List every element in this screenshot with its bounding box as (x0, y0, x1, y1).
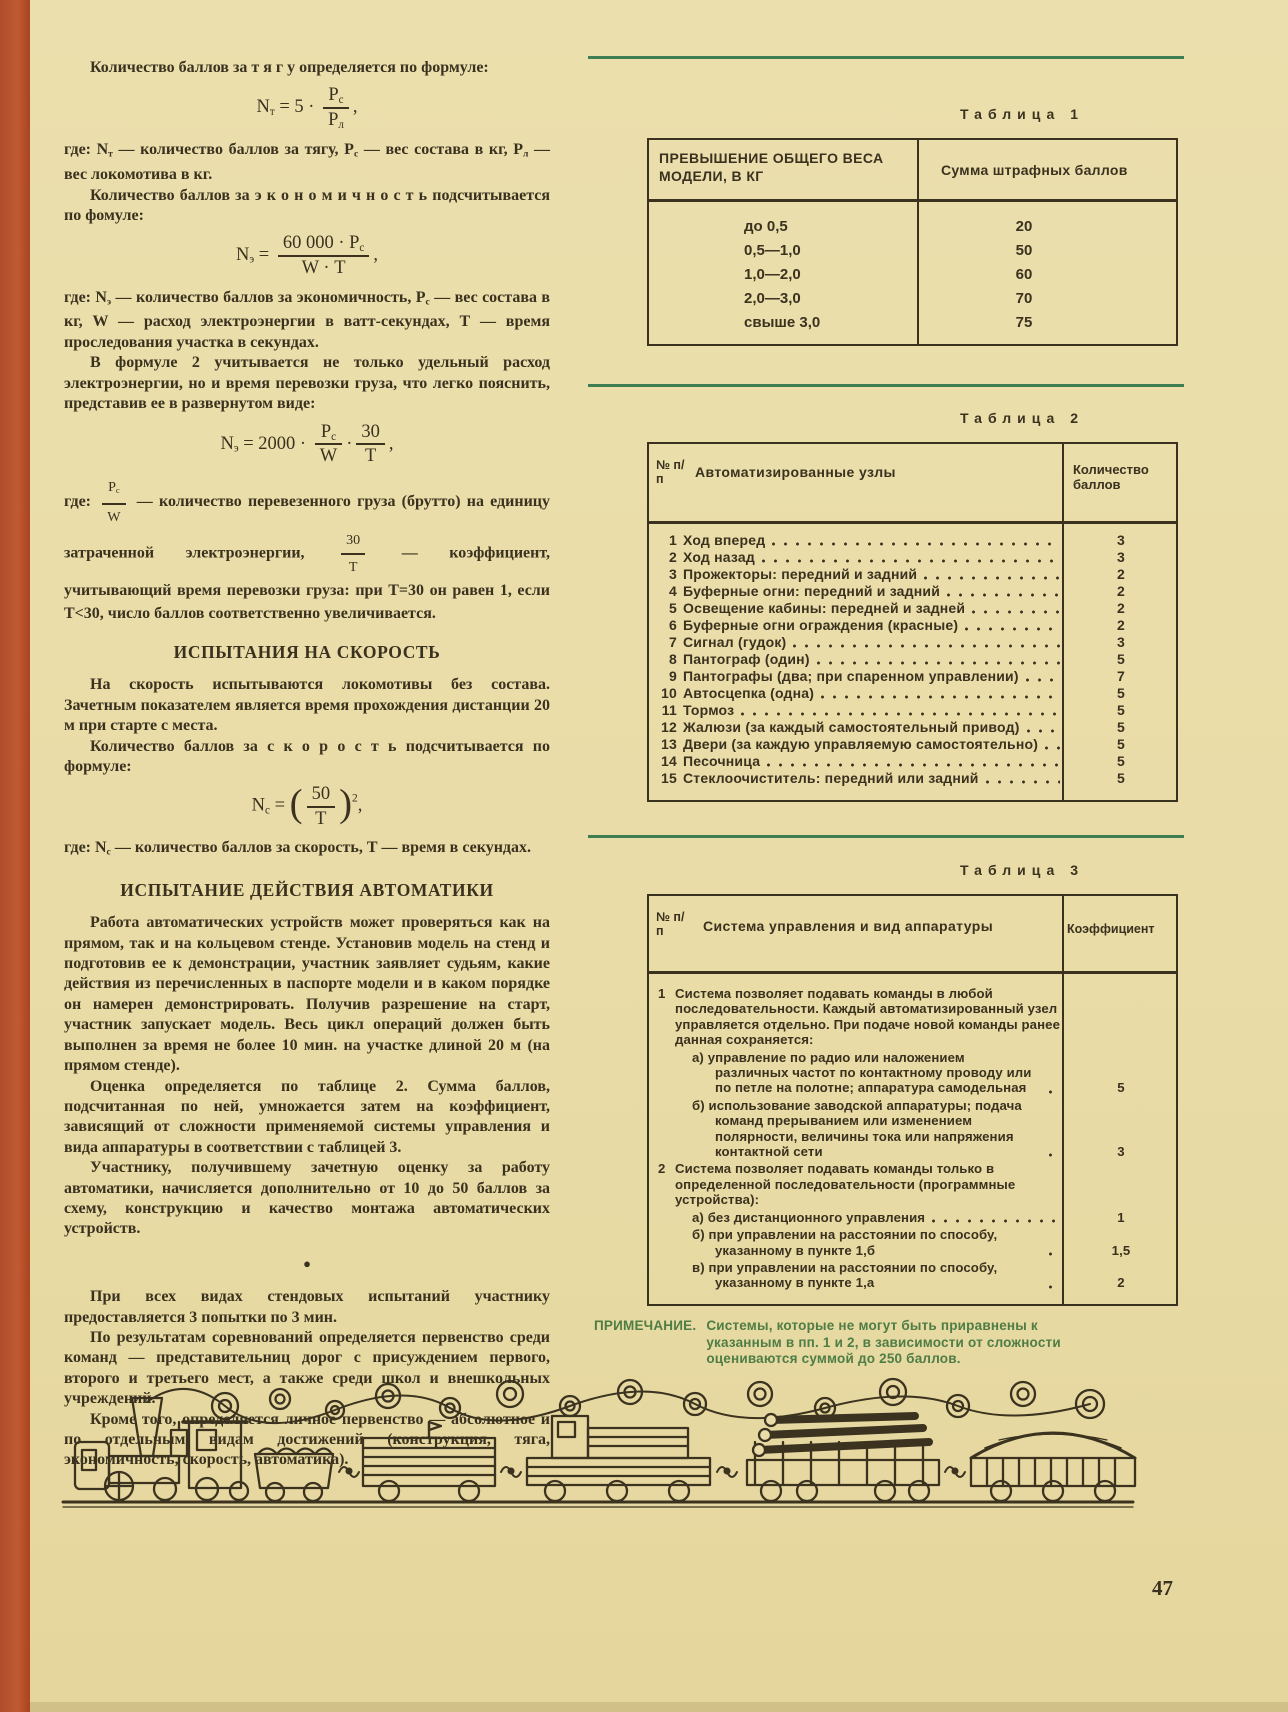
table-row: 1Ход вперед3 (649, 532, 1176, 548)
paragraph: где: Nт — количество баллов за тягу, Рс … (64, 140, 550, 185)
table-row: 8Пантограф (один)5 (649, 651, 1176, 667)
coupling (339, 1467, 359, 1477)
paragraph: где: Nэ — количество баллов за экономичн… (64, 288, 550, 354)
table-row: 13Двери (за каждую управляемую самостоят… (649, 736, 1176, 752)
column-header: Система управления и вид аппаратуры (685, 896, 1061, 971)
table-row: 0,5—1,050 (649, 242, 1176, 266)
dot-leader (816, 655, 1060, 666)
column-header: № п/п (649, 444, 685, 521)
divider-rule (588, 835, 1184, 838)
covered-wagon (971, 1433, 1135, 1501)
column-header: ПРЕВЫШЕНИЕ ОБЩЕГО ВЕСА МОДЕЛИ, В КГ (649, 140, 917, 199)
table-column-divider (1062, 444, 1064, 800)
table-row: а) без дистанционного управления1 (649, 1210, 1176, 1225)
paragraph: Количество баллов за т я г у определяетс… (64, 58, 550, 78)
table-row: 7Сигнал (гудок)3 (649, 634, 1176, 650)
boxcar (363, 1422, 495, 1501)
left-column: Количество баллов за т я г у определяетс… (64, 58, 550, 1471)
formula-speed: Nс = (50Т)2, (64, 784, 550, 829)
table-column-divider (917, 140, 919, 344)
column-header: Автоматизированные узлы (685, 444, 1061, 521)
page-edge-bar (0, 0, 30, 1712)
formula-economy-expanded: Nэ = 2000 · PсW·30Т, (64, 422, 550, 467)
paragraph: Количество баллов за с к о р о с т ь под… (64, 737, 550, 778)
table-row: 2,0—3,070 (649, 290, 1176, 314)
paragraph: При всех видах стендовых испытаний участ… (64, 1287, 550, 1328)
coupling (501, 1467, 521, 1477)
coupling (945, 1467, 965, 1477)
dot-leader (792, 638, 1060, 649)
section-heading-automation: ИСПЫТАНИЕ ДЕЙСТВИЯ АВТОМАТИКИ (64, 880, 550, 900)
column-header: Коэффициент (1061, 896, 1176, 971)
tender-car (255, 1449, 333, 1502)
table-row: 9Пантографы (два; при спаренном управлен… (649, 668, 1176, 684)
magazine-page: Количество баллов за т я г у определяетс… (0, 0, 1288, 1712)
table-note: ПРИМЕЧАНИЕ. Системы, которые не могут бы… (594, 1318, 1182, 1368)
table-body: 1Система позволяет подавать команды в лю… (649, 974, 1176, 1291)
dot-leader (1048, 1147, 1060, 1158)
page-number: 47 (1152, 1576, 1173, 1601)
dot-leader (761, 553, 1060, 564)
table-row: 5Освещение кабины: передней и задней2 (649, 600, 1176, 616)
column-header: Сумма штрафных баллов (917, 140, 1176, 199)
paragraph: где: Nс — количество баллов за скорость,… (64, 838, 550, 863)
paragraph: где: PсW — количество перевезенного груз… (64, 476, 550, 625)
table1-label: Таблица 1 (960, 106, 1084, 122)
table-body: 1Ход вперед3 2Ход назад3 3Прожекторы: пе… (649, 524, 1176, 786)
paragraph: Количество баллов за э к о н о м и ч н о… (64, 186, 550, 227)
table-row: 2Ход назад3 (649, 549, 1176, 565)
dot-leader (1025, 672, 1060, 683)
coupling (717, 1467, 737, 1477)
note-text: Системы, которые не могут быть приравнен… (706, 1318, 1078, 1368)
table-row: в) при управлении на расстоянии по спосо… (649, 1260, 1176, 1291)
dot-leader (771, 536, 1060, 547)
table-body: до 0,520 0,5—1,050 1,0—2,060 2,0—3,070 с… (649, 202, 1176, 338)
dot-leader (971, 604, 1060, 615)
dot-leader (766, 757, 1060, 768)
table-header: № п/п Система управления и вид аппаратур… (649, 896, 1176, 974)
column-header: Количество баллов (1061, 444, 1176, 521)
dot-leader (1048, 1279, 1060, 1290)
dot-leader (1044, 740, 1060, 751)
table-row: 14Песочница5 (649, 753, 1176, 769)
table-row: 3Прожекторы: передний и задний2 (649, 566, 1176, 582)
paragraph: Оценка определяется по таблице 2. Сумма … (64, 1077, 550, 1159)
table-row: 2Система позволяет подавать команды толь… (649, 1161, 1176, 1207)
table-row: 11Тормоз5 (649, 702, 1176, 718)
paragraph: В формуле 2 учитывается не только удельн… (64, 353, 550, 414)
dot-leader (985, 774, 1060, 785)
table-row: 4Буферные огни: передний и задний2 (649, 583, 1176, 599)
dot-leader (740, 706, 1060, 717)
table-row: б) использование заводской аппаратуры; п… (649, 1098, 1176, 1160)
table-row: а) управление по радио или наложением ра… (649, 1050, 1176, 1096)
page-bottom-shadow (30, 1702, 1288, 1712)
table2-label: Таблица 2 (960, 410, 1084, 426)
paragraph: Работа автоматических устройств может пр… (64, 913, 550, 1076)
train-illustration (55, 1372, 1140, 1510)
log-car (747, 1414, 939, 1501)
dot-leader (931, 1213, 1060, 1224)
dot-leader (1048, 1246, 1060, 1257)
smoke-doodle (147, 1379, 1104, 1423)
table-row: б) при управлении на расстоянии по спосо… (649, 1227, 1176, 1258)
table-row: 1Система позволяет подавать команды в лю… (649, 986, 1176, 1048)
note-label: ПРИМЕЧАНИЕ. (594, 1318, 696, 1368)
table-column-divider (1062, 896, 1064, 1304)
table-control-system: № п/п Система управления и вид аппаратур… (647, 894, 1178, 1306)
table-row: свыше 3,075 (649, 314, 1176, 338)
divider-rule (588, 384, 1184, 387)
flatcar-with-truck (527, 1416, 710, 1501)
table-row: до 0,520 (649, 218, 1176, 242)
table-row: 15Стеклоочиститель: передний или задний5 (649, 770, 1176, 786)
section-divider-ornament: ● (64, 1254, 550, 1274)
dot-leader (820, 689, 1060, 700)
formula-traction: Nт = 5 · PсPл, (64, 85, 550, 131)
right-column: Таблица 1 ПРЕВЫШЕНИЕ ОБЩЕГО ВЕСА МОДЕЛИ,… (588, 56, 1184, 1476)
table-row: 6Буферные огни ограждения (красные)2 (649, 617, 1176, 633)
table-automated-units: № п/п Автоматизированные узлы Количество… (647, 442, 1178, 802)
table-row: 10Автосцепка (одна)5 (649, 685, 1176, 701)
dot-leader (964, 621, 1060, 632)
dot-leader (946, 587, 1060, 598)
table3-label: Таблица 3 (960, 862, 1084, 878)
dot-leader (1048, 1084, 1060, 1095)
column-header: № п/п (649, 896, 685, 971)
divider-rule (588, 56, 1184, 59)
table-row: 1,0—2,060 (649, 266, 1176, 290)
formula-economy: Nэ = 60 000 · PсW · Т, (64, 233, 550, 278)
dot-leader (1026, 723, 1060, 734)
section-heading-speed: ИСПЫТАНИЯ НА СКОРОСТЬ (64, 642, 550, 662)
paragraph: Участнику, получившему зачетную оценку з… (64, 1158, 550, 1240)
table-header: ПРЕВЫШЕНИЕ ОБЩЕГО ВЕСА МОДЕЛИ, В КГ Сумм… (649, 140, 1176, 202)
paragraph: На скорость испытываются локомотивы без … (64, 675, 550, 736)
dot-leader (923, 570, 1060, 581)
table-row: 12Жалюзи (за каждый самостоятельный прив… (649, 719, 1176, 735)
locomotive (75, 1398, 248, 1500)
table-header: № п/п Автоматизированные узлы Количество… (649, 444, 1176, 524)
table-penalty-points: ПРЕВЫШЕНИЕ ОБЩЕГО ВЕСА МОДЕЛИ, В КГ Сумм… (647, 138, 1178, 346)
